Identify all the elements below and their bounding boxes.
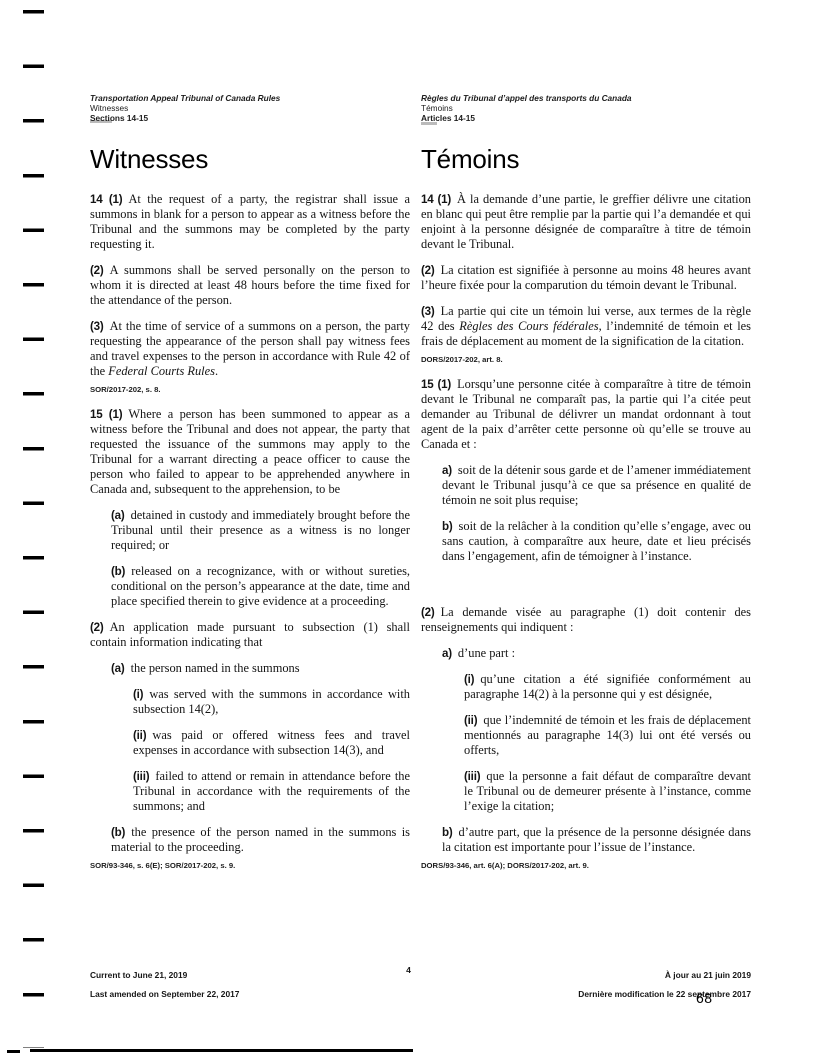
running-header-english: Transportation Appeal Tribunal of Canada… (90, 94, 410, 123)
statute-paragraph: (3)La partie qui cite un témoin lui vers… (421, 304, 751, 349)
body-text: La demande visée au paragraphe (1) doit … (421, 605, 751, 634)
binding-marks (23, 10, 44, 1048)
body-text: was served with the summons in accordanc… (133, 687, 410, 716)
body-text: d’une part : (458, 646, 515, 660)
body-text: failed to attend or remain in attendance… (133, 769, 410, 813)
section-number: (iii) (133, 770, 149, 783)
body-text: the presence of the person named in the … (111, 825, 410, 854)
body-text: Where a person has been summoned to appe… (90, 407, 410, 496)
scan-bar-artifact (30, 1049, 413, 1052)
footer-french: À jour au 21 juin 2019 Dernière modifica… (578, 966, 751, 1003)
page-title-english: Witnesses (90, 144, 410, 175)
section-number: b) (442, 520, 453, 533)
statute-paragraph: b)soit de la relâcher à la condition qu’… (421, 519, 751, 564)
body-text: d’autre part, que la présence de la pers… (442, 825, 751, 854)
section-number: (2) (421, 264, 435, 277)
cited-title-italic: Federal Courts Rules (108, 364, 215, 378)
section-range: Articles 14-15 (421, 114, 751, 124)
english-body: 14 (1)At the request of a party, the reg… (90, 192, 410, 870)
body-text: que la personne a fait défaut de compara… (464, 769, 751, 813)
french-column: Règles du Tribunal d’appel des transport… (421, 94, 751, 883)
statute-paragraph: (ii)was paid or offered witness fees and… (90, 728, 410, 758)
stamped-page-number: 68 (696, 990, 713, 1006)
statute-paragraph: 14 (1)At the request of a party, the reg… (90, 192, 410, 252)
body-text: La citation est signifiée à personne au … (421, 263, 751, 292)
section-number: (i) (133, 688, 143, 701)
amendment-note: DORS/2017-202, art. 8. (421, 355, 751, 364)
english-column: Transportation Appeal Tribunal of Canada… (90, 94, 410, 883)
statute-paragraph: (i)was served with the summons in accord… (90, 687, 410, 717)
amendment-note: SOR/93-346, s. 6(E); SOR/2017-202, s. 9. (90, 861, 410, 870)
section-number: (2) (421, 606, 435, 619)
section-number: 14 (1) (421, 193, 451, 206)
section-number: (iii) (464, 770, 480, 783)
statute-paragraph: (b)released on a recognizance, with or w… (90, 564, 410, 609)
section-number: (3) (421, 305, 435, 318)
page-title-french: Témoins (421, 144, 751, 175)
statute-paragraph: 15 (1)Where a person has been summoned t… (90, 407, 410, 497)
section-number: (i) (464, 673, 474, 686)
section-number: (2) (90, 621, 104, 634)
section-number: (ii) (133, 729, 146, 742)
body-text: A summons shall be served personally on … (90, 263, 410, 307)
body-text: the person named in the summons (131, 661, 300, 675)
document-title: Règles du Tribunal d’appel des transport… (421, 94, 751, 104)
section-number: (a) (111, 662, 125, 675)
statute-paragraph: (b)the presence of the person named in t… (90, 825, 410, 855)
section-number: (3) (90, 320, 104, 333)
amendment-date: Last amended on September 22, 2017 (90, 985, 239, 1004)
amendment-note: DORS/93-346, art. 6(A); DORS/2017-202, a… (421, 861, 751, 870)
section-number: (b) (111, 565, 125, 578)
statute-paragraph: a)soit de la détenir sous garde et de l’… (421, 463, 751, 508)
amendment-note: SOR/2017-202, s. 8. (90, 385, 410, 394)
statute-paragraph: a)d’une part : (421, 646, 751, 661)
scan-artifact (7, 1050, 20, 1053)
body-text: Lorsqu’une personne citée à comparaître … (421, 377, 751, 451)
section-number: (ii) (464, 714, 477, 727)
body-text: was paid or offered witness fees and tra… (133, 728, 410, 757)
statute-paragraph: (i)qu’une citation a été signifiée confo… (421, 672, 751, 702)
body-text: qu’une citation a été signifiée conformé… (464, 672, 751, 701)
document-title: Transportation Appeal Tribunal of Canada… (90, 94, 410, 104)
body-text: released on a recognizance, with or with… (111, 564, 410, 608)
section-number: (b) (111, 826, 125, 839)
statute-paragraph: (2)An application made pursuant to subse… (90, 620, 410, 650)
section-number: (a) (111, 509, 125, 522)
section-number: 15 (1) (90, 408, 122, 421)
statute-paragraph: (2)La citation est signifiée à personne … (421, 263, 751, 293)
body-text: detained in custody and immediately brou… (111, 508, 410, 552)
statute-paragraph: (a)detained in custody and immediately b… (90, 508, 410, 553)
statute-paragraph: (a)the person named in the summons (90, 661, 410, 676)
amendment-date-fr: Dernière modification le 22 septembre 20… (578, 985, 751, 1004)
body-text: An application made pursuant to subsecti… (90, 620, 410, 649)
statute-paragraph: (iii)que la personne a fait défaut de co… (421, 769, 751, 814)
statute-paragraph: b)d’autre part, que la présence de la pe… (421, 825, 751, 855)
section-number: a) (442, 647, 452, 660)
body-text: . (215, 364, 218, 378)
statute-paragraph: (3)At the time of service of a summons o… (90, 319, 410, 379)
statute-paragraph: (2)La demande visée au paragraphe (1) do… (421, 605, 751, 635)
body-text: soit de la détenir sous garde et de l’am… (442, 463, 751, 507)
body-text: soit de la relâcher à la condition qu’el… (442, 519, 751, 563)
section-number: a) (442, 464, 452, 477)
section-number: 15 (1) (421, 378, 451, 391)
section-number: b) (442, 826, 453, 839)
currency-date-fr: À jour au 21 juin 2019 (578, 966, 751, 985)
statute-paragraph: (2)A summons shall be served personally … (90, 263, 410, 308)
statute-paragraph: (ii)que l’indemnité de témoin et les fra… (421, 713, 751, 758)
cited-title-italic: Règles des Cours fédérales (459, 319, 598, 333)
section-range: Sections 14-15 (90, 114, 410, 124)
body-text: At the request of a party, the registrar… (90, 192, 410, 251)
section-number: (2) (90, 264, 104, 277)
section-number: 14 (1) (90, 193, 122, 206)
statute-paragraph: (iii)failed to attend or remain in atten… (90, 769, 410, 814)
statute-paragraph: 14 (1)À la demande d’une partie, le gref… (421, 192, 751, 252)
running-header-french: Règles du Tribunal d’appel des transport… (421, 94, 751, 123)
body-text: À la demande d’une partie, le greffier d… (421, 192, 751, 251)
body-text: que l’indemnité de témoin et les frais d… (464, 713, 751, 757)
french-body: 14 (1)À la demande d’une partie, le gref… (421, 192, 751, 870)
statute-paragraph: 15 (1)Lorsqu’une personne citée à compar… (421, 377, 751, 452)
